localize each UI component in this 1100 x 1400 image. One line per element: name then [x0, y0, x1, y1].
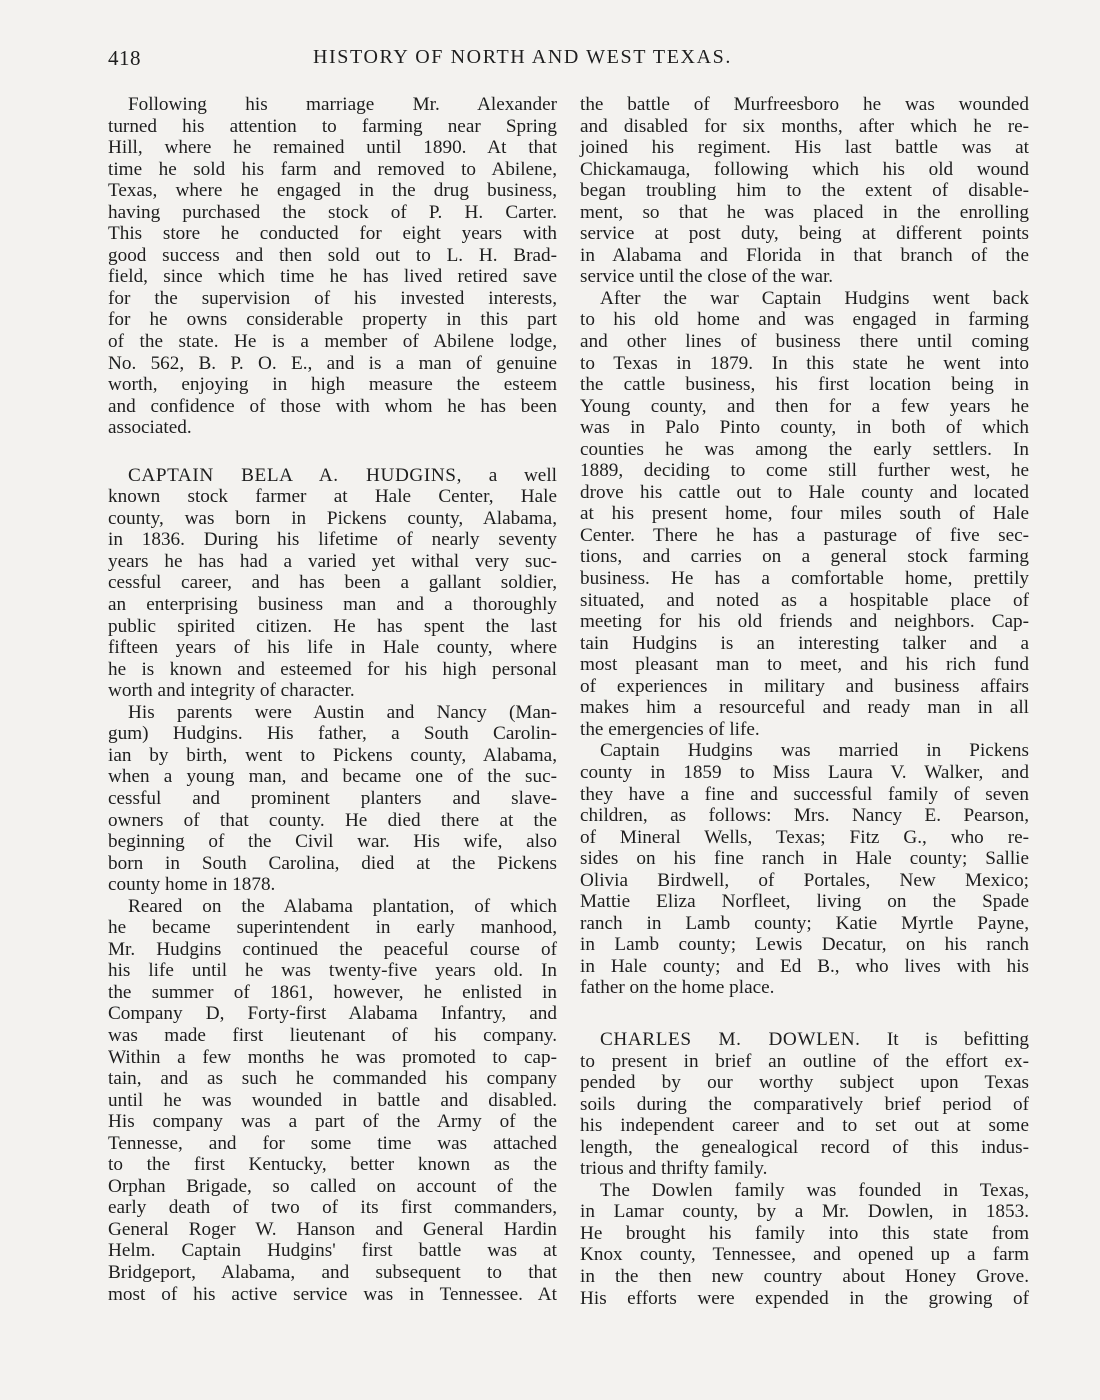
text-line: years he has had a varied yet withal ver… [108, 551, 557, 573]
text-line: most of his active service was in Tennes… [108, 1284, 557, 1306]
text-line: tain, and as such he commanded his compa… [108, 1068, 557, 1090]
text-line: length, the genealogical record of this … [580, 1137, 1029, 1159]
text-line: of experiences in military and business … [580, 676, 1029, 698]
text-line: makes him a resourceful and ready man in… [580, 697, 1029, 719]
text-line: the battle of Murfreesboro he was wounde… [580, 94, 1029, 116]
text-line: fifteen years of his life in Hale county… [108, 637, 557, 659]
text-line: After the war Captain Hudgins went back [580, 288, 1029, 310]
text-line: trious and thrifty family. [580, 1158, 1029, 1180]
text-line: This store he conducted for eight years … [108, 223, 557, 245]
text-line: to the first Kentucky, better known as t… [108, 1154, 557, 1176]
text-line: The Dowlen family was founded in Texas, [580, 1180, 1029, 1202]
text-line: Following his marriage Mr. Alexander [108, 94, 557, 116]
text-line: the emergencies of life. [580, 719, 1029, 741]
text-line: field, since which time he has lived ret… [108, 266, 557, 288]
text-line: Knox county, Tennessee, and opened up a … [580, 1244, 1029, 1266]
text-line: and disabled for six months, after which… [580, 116, 1029, 138]
text-line: cessful career, and has been a gallant s… [108, 572, 557, 594]
text-line: children, as follows: Mrs. Nancy E. Pear… [580, 805, 1029, 827]
text-line: in Alabama and Florida in that branch of… [580, 245, 1029, 267]
text-line: county, was born in Pickens county, Alab… [108, 508, 557, 530]
text-line: they have a fine and successful family o… [580, 784, 1029, 806]
running-title: HISTORY OF NORTH AND WEST TEXAS. [313, 46, 732, 69]
text-line: Texas, where he engaged in the drug busi… [108, 180, 557, 202]
text-line: beginning of the Civil war. His wife, al… [108, 831, 557, 853]
paragraph-alexander-farming: Following his marriage Mr. Alexander tur… [108, 94, 557, 439]
text-line: worth and integrity of character. [108, 680, 557, 702]
text-line: Helm. Captain Hudgins' first battle was … [108, 1240, 557, 1262]
paragraph-hudgins-texas: After the war Captain Hudgins went back … [580, 288, 1029, 740]
text-line: tions, and carries on a general stock fa… [580, 546, 1029, 568]
text-line: the summer of 1861, however, he enlisted… [108, 982, 557, 1004]
text-line: soils during the comparatively brief per… [580, 1094, 1029, 1116]
text-line: of the state. He is a member of Abilene … [108, 331, 557, 353]
text-line: he is known and esteemed for his high pe… [108, 659, 557, 681]
text-line: Bridgeport, Alabama, and subsequent to t… [108, 1262, 557, 1284]
biography-heading-hudgins: CAPTAIN BELA A. HUDGINS, [128, 465, 462, 486]
text-line: county in 1859 to Miss Laura V. Walker, … [580, 762, 1029, 784]
text-line: Mr. Hudgins continued the peaceful cours… [108, 939, 557, 961]
text-line: to present in brief an outline of the ef… [580, 1051, 1029, 1073]
paragraph-hudgins-military: Reared on the Alabama plantation, of whi… [108, 896, 557, 1305]
text-line: time he sold his farm and removed to Abi… [108, 159, 557, 181]
paragraph-hudgins-parents: His parents were Austin and Nancy (Man- … [108, 702, 557, 896]
text-line: in the then new country about Honey Grov… [580, 1266, 1029, 1288]
text-line: pended by our worthy subject upon Texas [580, 1072, 1029, 1094]
text-line: having purchased the stock of P. H. Cart… [108, 202, 557, 224]
text-line: situated, and noted as a hospitable plac… [580, 590, 1029, 612]
text-line: he became superintendent in early manhoo… [108, 917, 557, 939]
text-line: He brought his family into this state fr… [580, 1223, 1029, 1245]
left-column: Following his marriage Mr. Alexander tur… [108, 94, 557, 1305]
text-line: until he was wounded in battle and disab… [108, 1090, 557, 1112]
text-line: born in South Carolina, died at the Pick… [108, 853, 557, 875]
text-line: in Lamb county; Lewis Decatur, on his ra… [580, 934, 1029, 956]
text-line: Chickamauga, following which his old wou… [580, 159, 1029, 181]
biography-hudgins-intro: CAPTAIN BELA A. HUDGINS, a well known st… [108, 465, 557, 702]
text-line: his independent career and to set out at… [580, 1115, 1029, 1137]
text-line: meeting for his old friends and neighbor… [580, 611, 1029, 633]
text-line: at his present home, four miles south of… [580, 503, 1029, 525]
text-line: ian by birth, went to Pickens county, Al… [108, 745, 557, 767]
text-line: Reared on the Alabama plantation, of whi… [108, 896, 557, 918]
text-line: CAPTAIN BELA A. HUDGINS, a well [108, 465, 557, 487]
paragraph-hudgins-military-continued: the battle of Murfreesboro he was wounde… [580, 94, 1029, 288]
right-column: the battle of Murfreesboro he was wounde… [580, 94, 1029, 1309]
text-line: county home in 1878. [108, 874, 557, 896]
text-line: was made first lieutenant of his company… [108, 1025, 557, 1047]
text-line: was in Palo Pinto county, in both of whi… [580, 417, 1029, 439]
text-line: owners of that county. He died there at … [108, 810, 557, 832]
text-line: most pleasant man to meet, and his rich … [580, 654, 1029, 676]
text-line: to his old home and was engaged in farmi… [580, 309, 1029, 331]
biography-dowlen-intro: CHARLES M. DOWLEN. It is befitting to pr… [580, 1029, 1029, 1180]
text-line: No. 562, B. P. O. E., and is a man of ge… [108, 353, 557, 375]
text-line: in Hale county; and Ed B., who lives wit… [580, 956, 1029, 978]
text-line: began troubling him to the extent of dis… [580, 180, 1029, 202]
text-line: public spirited citizen. He has spent th… [108, 616, 557, 638]
text-line: Young county, and then for a few years h… [580, 396, 1029, 418]
text-line: to Texas in 1879. In this state he went … [580, 353, 1029, 375]
text-line: in 1836. During his lifetime of nearly s… [108, 529, 557, 551]
page-header: 418 HISTORY OF NORTH AND WEST TEXAS. [108, 44, 1028, 74]
text-line: Orphan Brigade, so called on account of … [108, 1176, 557, 1198]
text-line: for he owns considerable property in thi… [108, 309, 557, 331]
text-line: Olivia Birdwell, of Portales, New Mexico… [580, 870, 1029, 892]
text-line: known stock farmer at Hale Center, Hale [108, 486, 557, 508]
page-number: 418 [108, 46, 141, 71]
text-line: turned his attention to farming near Spr… [108, 116, 557, 138]
text-line: service until the close of the war. [580, 266, 1029, 288]
text-line: service at post duty, being at different… [580, 223, 1029, 245]
text-line: worth, enjoying in high measure the este… [108, 374, 557, 396]
text-line: his life until he was twenty-five years … [108, 960, 557, 982]
text-line: good success and then sold out to L. H. … [108, 245, 557, 267]
text-line: ranch in Lamb county; Katie Myrtle Payne… [580, 913, 1029, 935]
paragraph-dowlen-family: The Dowlen family was founded in Texas, … [580, 1180, 1029, 1309]
text-line: CHARLES M. DOWLEN. It is befitting [580, 1029, 1029, 1051]
document-page: 418 HISTORY OF NORTH AND WEST TEXAS. Fol… [0, 0, 1100, 1400]
text-line: when a young man, and became one of the … [108, 766, 557, 788]
text-line: father on the home place. [580, 977, 1029, 999]
text-line: cessful and prominent planters and slave… [108, 788, 557, 810]
text-line: associated. [108, 417, 557, 439]
text-line: business. He has a comfortable home, pre… [580, 568, 1029, 590]
text-line: in Lamar county, by a Mr. Dowlen, in 185… [580, 1201, 1029, 1223]
text-line: early death of two of its first commande… [108, 1197, 557, 1219]
text-line: Tennesse, and for some time was attached [108, 1133, 557, 1155]
text-line: 1889, deciding to come still further wes… [580, 460, 1029, 482]
text-line: Center. There he has a pasturage of five… [580, 525, 1029, 547]
text-line: General Roger W. Hanson and General Hard… [108, 1219, 557, 1241]
text-line: His company was a part of the Army of th… [108, 1111, 557, 1133]
text-line: sides on his fine ranch in Hale county; … [580, 848, 1029, 870]
paragraph-hudgins-family: Captain Hudgins was married in Pickens c… [580, 740, 1029, 999]
text-line: Hill, where he remained until 1890. At t… [108, 137, 557, 159]
text-line: Within a few months he was promoted to c… [108, 1047, 557, 1069]
text-line: joined his regiment. His last battle was… [580, 137, 1029, 159]
text-line: His efforts were expended in the growing… [580, 1288, 1029, 1310]
text-line: for the supervision of his invested inte… [108, 288, 557, 310]
text-line: gum) Hudgins. His father, a South Caroli… [108, 723, 557, 745]
text-line: and confidence of those with whom he has… [108, 396, 557, 418]
text-line: Company D, Forty-first Alabama Infantry,… [108, 1003, 557, 1025]
text-line: drove his cattle out to Hale county and … [580, 482, 1029, 504]
text-line: ment, so that he was placed in the enrol… [580, 202, 1029, 224]
text-line: His parents were Austin and Nancy (Man- [108, 702, 557, 724]
text-line: Mattie Eliza Norfleet, living on the Spa… [580, 891, 1029, 913]
text-line: an enterprising business man and a thoro… [108, 594, 557, 616]
text-line: the cattle business, his first location … [580, 374, 1029, 396]
text-line: and other lines of business there until … [580, 331, 1029, 353]
text-line: of Mineral Wells, Texas; Fitz G., who re… [580, 827, 1029, 849]
text-line: counties he was among the early settlers… [580, 439, 1029, 461]
biography-heading-dowlen: CHARLES M. DOWLEN. [600, 1029, 861, 1050]
text-line: Captain Hudgins was married in Pickens [580, 740, 1029, 762]
text-line: tain Hudgins is an interesting talker an… [580, 633, 1029, 655]
